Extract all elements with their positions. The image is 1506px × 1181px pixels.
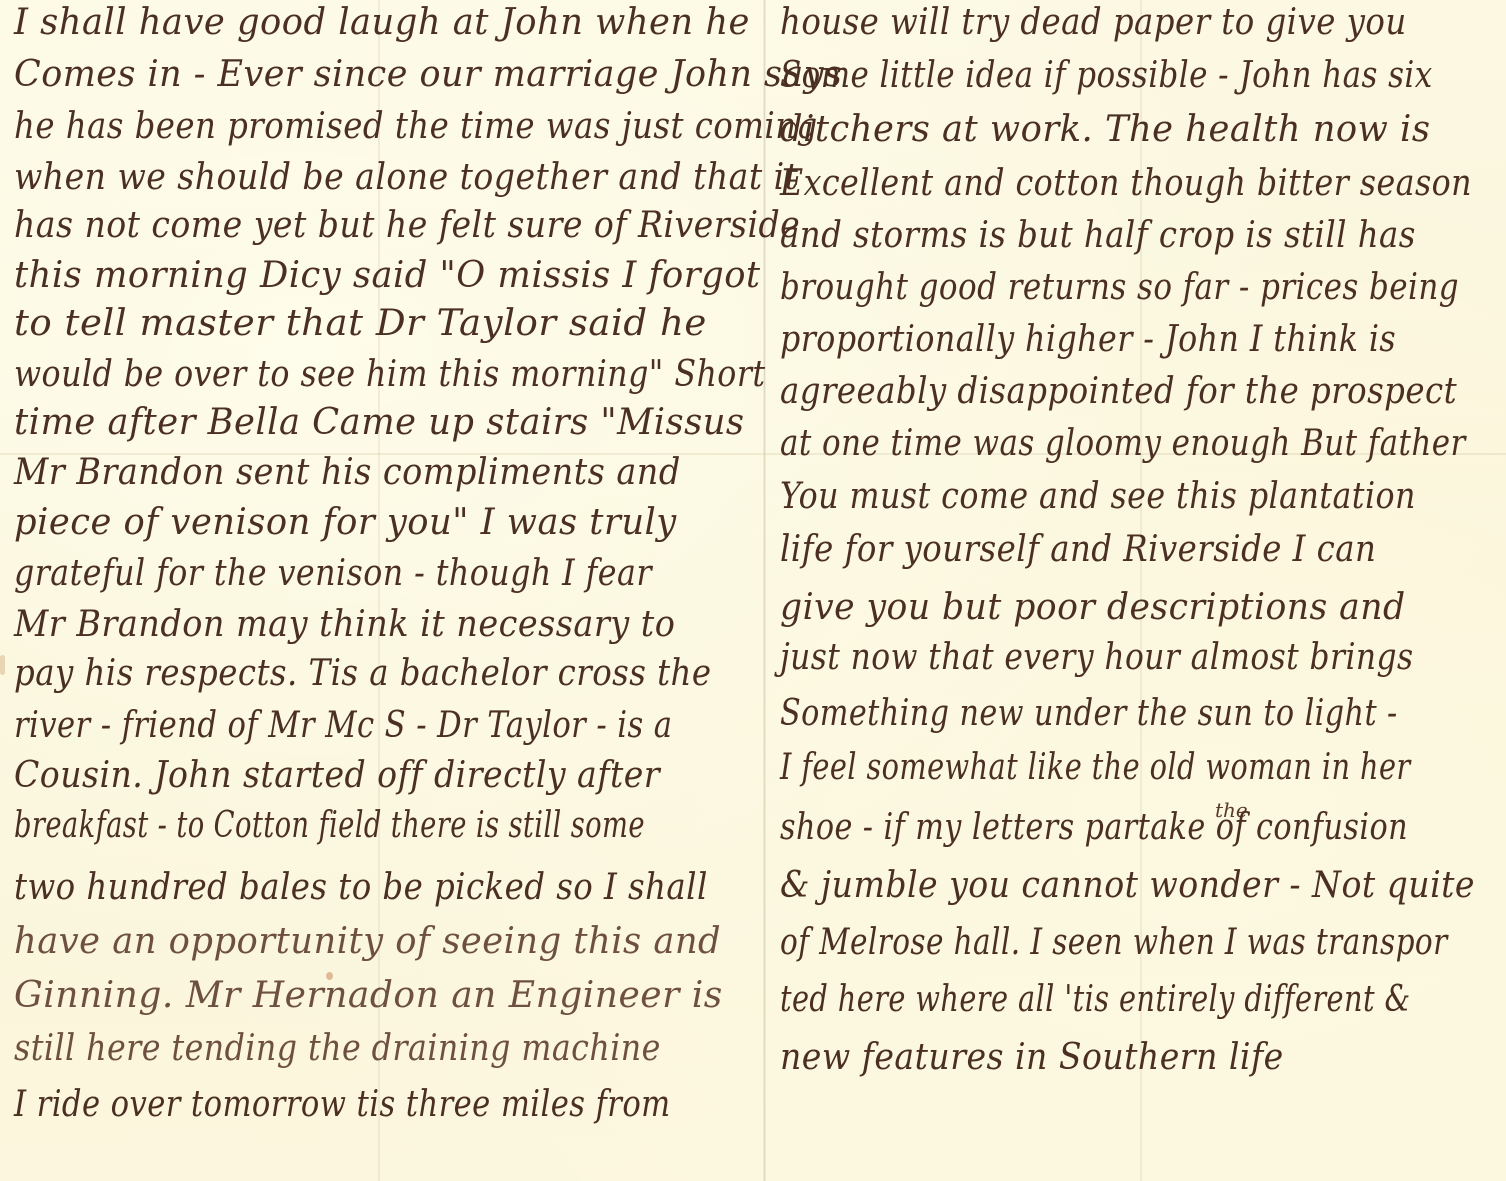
letter-line: Mr Brandon may think it necessary to — [14, 607, 675, 643]
letter-line: of Melrose hall. I seen when I was trans… — [780, 925, 1448, 961]
letter-line: house will try dead paper to give you — [780, 5, 1407, 41]
letter-line: Excellent and cotton though bitter seaso… — [780, 166, 1472, 202]
letter-line: give you but poor descriptions and — [780, 590, 1406, 626]
letter-line: & jumble you cannot wonder - Not quite — [780, 868, 1475, 904]
letter-line: two hundred bales to be picked so I shal… — [14, 870, 708, 906]
letter-line: river - friend of Mr Mc S - Dr Taylor - … — [14, 708, 672, 744]
letter-line: would be over to see him this morning" S… — [14, 357, 766, 393]
letter-line: agreeably disappointed for the prospect — [780, 374, 1457, 410]
letter-line: I feel somewhat like the old woman in he… — [780, 750, 1411, 786]
letter-line: new features in Southern life — [780, 1040, 1284, 1076]
letter-line: to tell master that Dr Taylor said he — [14, 306, 707, 342]
letter-line: just now that every hour almost brings — [780, 640, 1413, 676]
letter-line: I ride over tomorrow tis three miles fro… — [14, 1087, 671, 1123]
letter-line: Cousin. John started off directly after — [14, 758, 660, 794]
letter-line: at one time was gloomy enough But father — [780, 426, 1466, 462]
right-column: house will try dead paper to give you So… — [780, 0, 1500, 1181]
letter-line: Ginning. Mr Hernadon an Engineer is — [14, 978, 723, 1014]
letter-line: shoe - if my letters partake of confusio… — [780, 810, 1408, 846]
letter-line: life for yourself and Riverside I can — [780, 532, 1376, 568]
letter-line: piece of venison for you" I was truly — [14, 505, 677, 541]
letter-line: Comes in - Ever since our marriage John … — [14, 57, 842, 93]
letter-line: ted here where all 'tis entirely differe… — [780, 982, 1411, 1018]
letter-line: have an opportunity of seeing this and — [14, 924, 721, 960]
letter-line: Mr Brandon sent his compliments and — [14, 455, 681, 491]
letter-line: when we should be alone together and tha… — [14, 160, 798, 196]
letter-line: Something new under the sun to light - — [780, 696, 1398, 732]
letter-line: I shall have good laugh at John when he — [14, 5, 750, 41]
letter-line: ditchers at work. The health now is — [780, 112, 1430, 148]
left-column: I shall have good laugh at John when he … — [14, 0, 754, 1181]
letter-line: this morning Dicy said "O missis I forgo… — [14, 258, 761, 294]
letter-line: has not come yet but he felt sure of Riv… — [14, 208, 800, 244]
letter-line: breakfast - to Cotton field there is sti… — [14, 808, 645, 844]
letter-line: he has been promised the time was just c… — [14, 109, 818, 145]
letter-line: still here tending the draining machine — [14, 1031, 661, 1067]
letter-line: Some little idea if possible - John has … — [780, 58, 1433, 94]
letter-line: and storms is but half crop is still has — [780, 218, 1416, 254]
letter-line: pay his respects. Tis a bachelor cross t… — [14, 656, 711, 692]
letter-line: grateful for the venison - though I fear — [14, 556, 652, 592]
letter-line: time after Bella Came up stairs "Missus — [14, 405, 745, 441]
letter-line: proportionally higher - John I think is — [780, 322, 1396, 358]
paper-stain — [0, 655, 5, 675]
letter-line: brought good returns so far - prices bei… — [780, 270, 1459, 306]
letter-page: I shall have good laugh at John when he … — [0, 0, 1506, 1181]
letter-line: You must come and see this plantation — [780, 479, 1416, 515]
